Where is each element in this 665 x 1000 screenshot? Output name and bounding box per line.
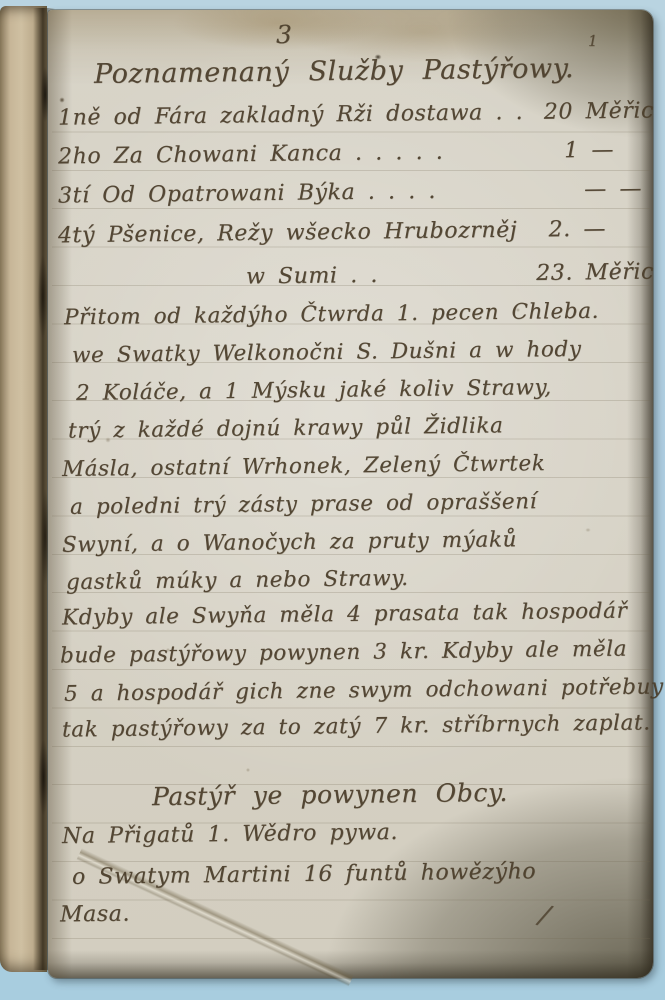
body-line: tak pastýřowy za to zatý 7 kr. stříbrnyc… (62, 710, 651, 742)
manuscript-photo: 3 1 Poznamenaný Služby Pastýřowy. 1ně od… (0, 0, 665, 1000)
body-line: 5 a hospodář gich zne swym odchowani pot… (64, 674, 665, 707)
entry-label: 4tý Pšenice, Režy wšecko Hrubozrněj (58, 218, 518, 249)
body-line: bude pastýřowy powynen 3 kr. Kdyby ale m… (60, 637, 627, 669)
section-heading: Pastýř ye powynen Obcy. (152, 778, 508, 811)
entry-value: — — (584, 176, 642, 202)
entry-row: 3tí Od Opatrowani Býka . . . . — — (58, 176, 642, 208)
page-title: Poznamenaný Služby Pastýřowy. (94, 53, 574, 90)
entry-row: 4tý Pšenice, Režy wšecko Hrubozrněj 2. — (58, 217, 606, 249)
body-line: Kdyby ale Swyňa měla 4 prasata tak hospo… (62, 599, 628, 631)
manuscript-page: 3 1 Poznamenaný Služby Pastýřowy. 1ně od… (48, 10, 653, 978)
body-line: Přitom od každýho Čtwrda 1. pecen Chleba… (64, 299, 599, 331)
folio-number: 3 (276, 20, 293, 49)
body-line: gastků múky a nebo Strawy. (66, 566, 409, 595)
section-line: Masa. (60, 902, 130, 928)
entry-value: 20 Měřic (544, 98, 655, 124)
body-line: Swyní, a o Wanočych za pruty mýaků (62, 527, 517, 558)
sum-value: 23. Měřic (536, 260, 654, 286)
body-line: we Swatky Welkonočni S. Dušni a w hody (72, 337, 582, 368)
body-line: Másla, ostatní Wrhonek, Zelený Čtwrtek (62, 451, 546, 482)
entry-value: 2. — (548, 217, 606, 243)
entry-value: 1 — (564, 138, 614, 164)
entry-label: 3tí Od Opatrowani Býka . . . . (58, 179, 436, 209)
section-line: Na Přigatů 1. Wědro pywa. (62, 820, 398, 849)
body-line: 2 Koláče, a 1 Mýsku jaké koliv Strawy, (76, 375, 552, 406)
corner-page-mark: 1 (588, 32, 598, 50)
body-line: a poledni trý zásty prase od opraššení (70, 489, 537, 520)
sum-row: w Sumi . . 23. Měřic (246, 260, 654, 290)
entry-label: 2ho Za Chowani Kanca . . . . . (58, 140, 444, 170)
body-line: trý z každé dojnú krawy půl Židlika (68, 413, 504, 443)
page-edge-right (627, 10, 653, 978)
sum-label: w Sumi . . (246, 263, 378, 290)
